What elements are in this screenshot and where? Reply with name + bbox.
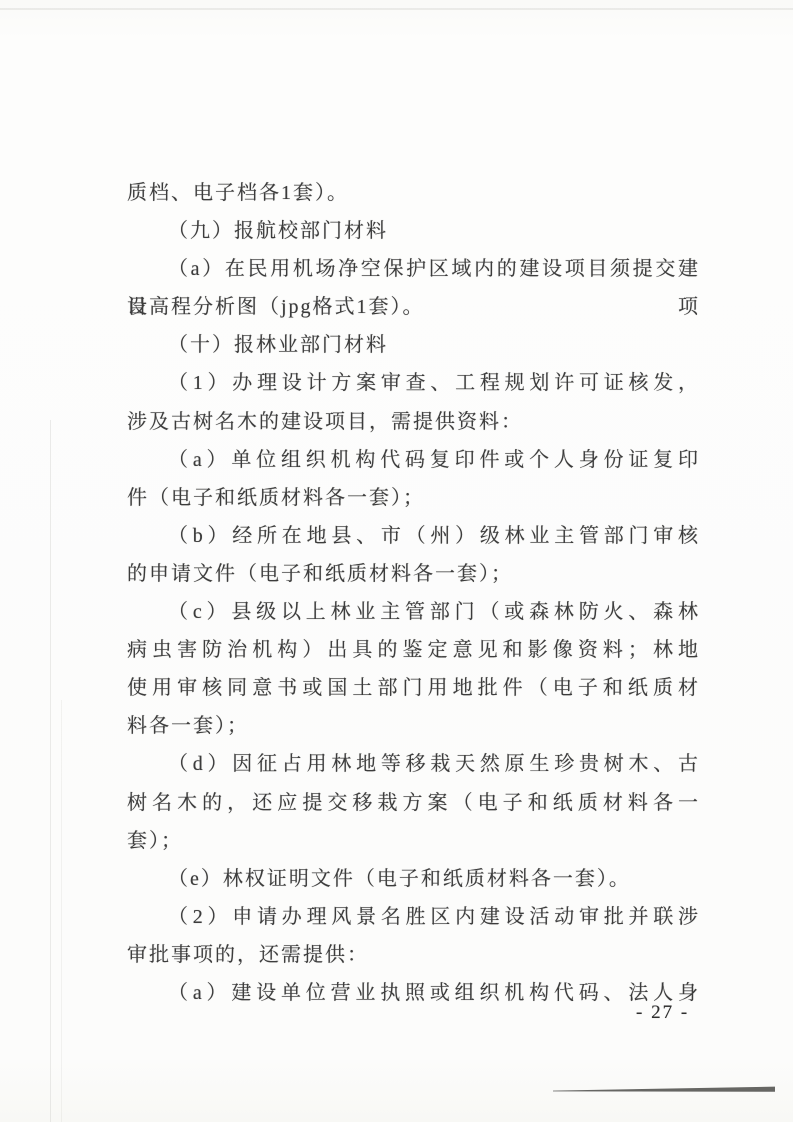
document-body: 质档、电子档各1套）。（九）报航校部门材料（a）在民用机场净空保护区域内的建设项… [127, 174, 700, 1012]
page-number: - 27 - [636, 1002, 689, 1024]
text-line: （a）单位组织机构代码复印件或个人身份证复印 [127, 441, 700, 479]
text-line: 料各一套）； [127, 707, 700, 745]
text-line: （d）因征占用林地等移栽天然原生珍贵树木、古 [127, 745, 700, 783]
text-line: （c）县级以上林业主管部门（或森林防火、森林 [127, 593, 700, 631]
text-line: 件（电子和纸质材料各一套）； [127, 479, 700, 517]
text-line: （e）林权证明文件（电子和纸质材料各一套）。 [127, 860, 700, 898]
text-line: 套）； [127, 822, 700, 860]
scan-bottom-edge-artifact [553, 1086, 775, 1094]
text-line: 的申请文件（电子和纸质材料各一套）； [127, 555, 700, 593]
text-line: 审批事项的，还需提供： [127, 936, 700, 974]
text-line: 使用审核同意书或国土部门用地批件（电子和纸质材 [127, 669, 700, 707]
text-line: （a）建设单位营业执照或组织机构代码、法人身 [127, 974, 700, 1012]
text-line: （b）经所在地县、市（州）级林业主管部门审核 [127, 517, 700, 555]
text-line: （1）办理设计方案审查、工程规划许可证核发， [127, 364, 700, 402]
scan-left-streak-artifact [50, 420, 51, 1122]
text-line: 质档、电子档各1套）。 [127, 174, 700, 212]
scan-left-streak-artifact [61, 700, 62, 1122]
text-line: 树名木的，还应提交移栽方案（电子和纸质材料各一 [127, 784, 700, 822]
text-line: 病虫害防治机构）出具的鉴定意见和影像资料；林地 [127, 631, 700, 669]
scan-top-edge-artifact [0, 8, 793, 10]
scanned-page: 质档、电子档各1套）。（九）报航校部门材料（a）在民用机场净空保护区域内的建设项… [0, 0, 793, 1122]
text-line: 涉及古树名木的建设项目，需提供资料： [127, 403, 700, 441]
text-line: （十）报林业部门材料 [127, 326, 700, 364]
text-line: （九）报航校部门材料 [127, 212, 700, 250]
text-line: （a）在民用机场净空保护区域内的建设项目须提交建设项 [127, 250, 700, 288]
text-line: （2）申请办理风景名胜区内建设活动审批并联涉 [127, 898, 700, 936]
